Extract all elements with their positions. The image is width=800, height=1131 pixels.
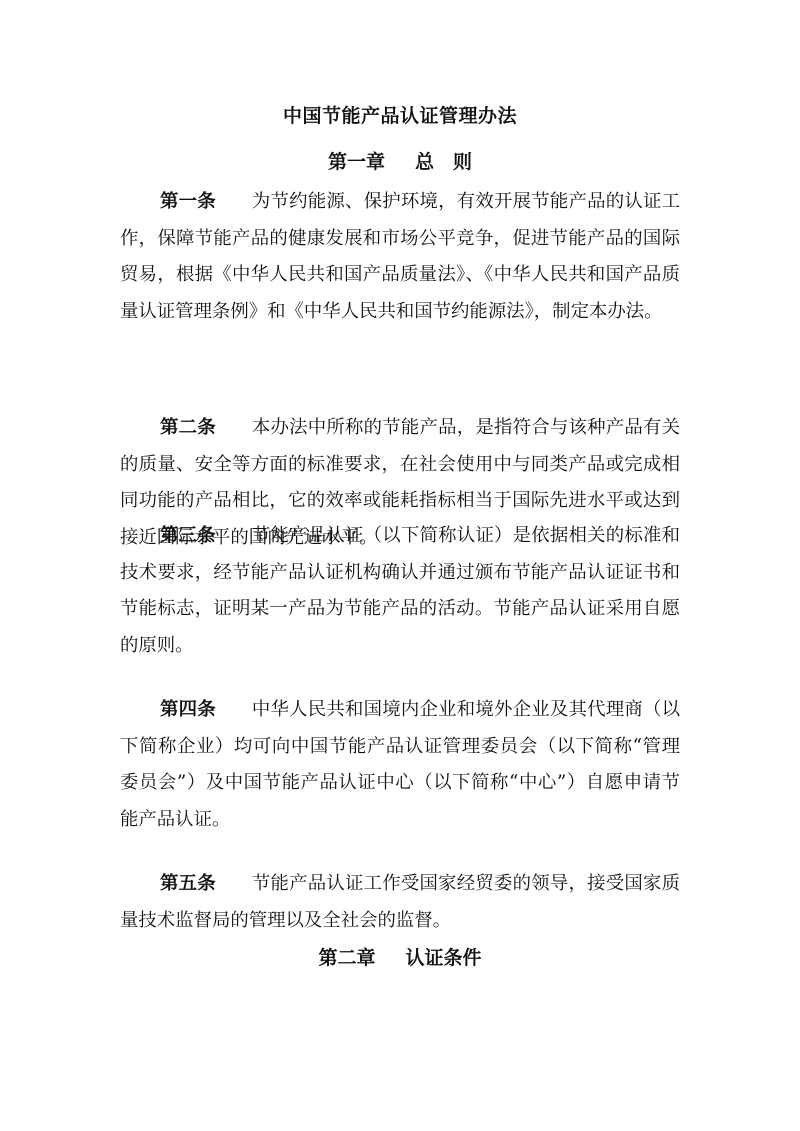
article-label: 第一条: [160, 191, 216, 212]
chapter-name: 总 则: [415, 151, 472, 173]
chapter-number: 第一章: [328, 151, 385, 173]
article-1: 第一条为节约能源、保护环境，有效开展节能产品的认证工作，保障节能产品的健康发展和…: [120, 184, 680, 330]
chapter-heading-2: 第二章认证条件: [0, 943, 800, 970]
article-label: 第二条: [160, 417, 216, 438]
article-label: 第三条: [160, 525, 216, 546]
article-4: 第四条中华人民共和国境内企业和境外企业及其代理商（以下简称企业）均可向中国节能产…: [120, 692, 680, 838]
document-page: 中国节能产品认证管理办法 第一章总 则 第一条为节约能源、保护环境，有效开展节能…: [0, 0, 800, 1131]
chapter-name: 认证条件: [406, 947, 482, 969]
chapter-heading-1: 第一章总 则: [0, 147, 800, 174]
article-3: 第三条节能产品认证（以下简称认证）是依据相关的标准和技术要求，经节能产品认证机构…: [120, 518, 680, 664]
article-label: 第五条: [160, 873, 216, 894]
chapter-number: 第二章: [318, 947, 375, 969]
article-5: 第五条节能产品认证工作受国家经贸委的领导，接受国家质量技术监督局的管理以及全社会…: [120, 866, 680, 939]
article-label: 第四条: [160, 699, 216, 720]
document-title: 中国节能产品认证管理办法: [0, 101, 800, 128]
